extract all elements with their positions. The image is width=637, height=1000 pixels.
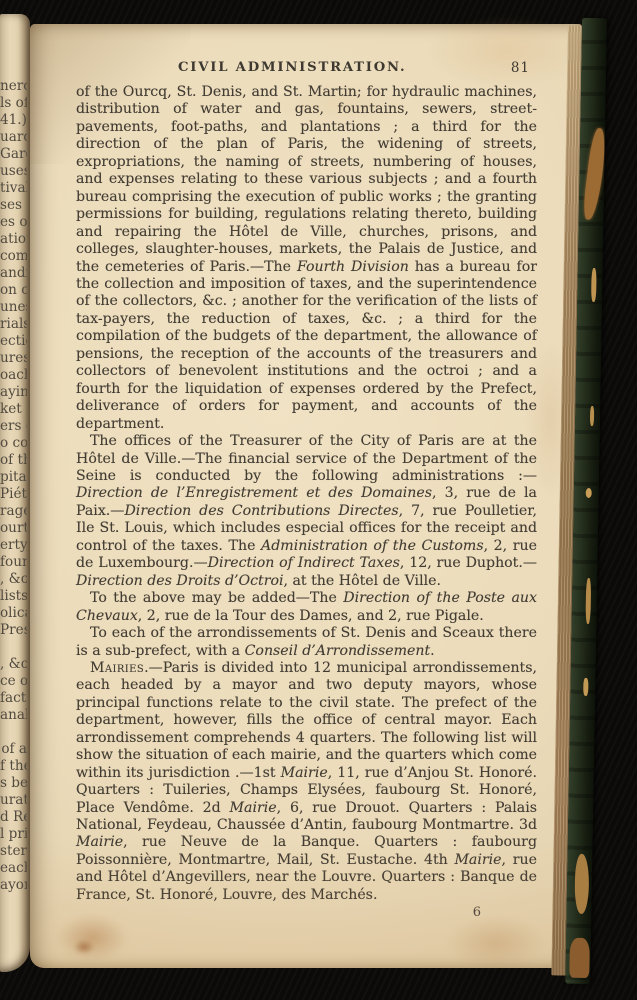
paragraph: To the above may be added—The Direction … bbox=[76, 590, 537, 625]
facing-page-line: com- bbox=[0, 248, 27, 265]
signature-mark: 6 bbox=[76, 905, 537, 920]
text-segment: Administration of the Customs bbox=[261, 538, 484, 554]
text-segment: Conseil d’Arrondissement bbox=[245, 643, 431, 659]
facing-page-line: ls of bbox=[0, 95, 27, 112]
worn-leather-patch bbox=[590, 406, 594, 426]
facing-page-line: rage- bbox=[0, 503, 27, 520]
facing-page-line: uses, bbox=[0, 163, 27, 180]
foxing-stain bbox=[74, 940, 94, 954]
facing-page-line: Garde bbox=[0, 146, 27, 163]
worn-leather-patch bbox=[585, 578, 591, 624]
text-segment: , 2, rue de la Tour des Dames, and 2, ru… bbox=[138, 608, 484, 624]
foxing-stain bbox=[448, 916, 544, 970]
text-segment: Mairie bbox=[76, 834, 123, 850]
book-photograph: nercels of41.);uard,Gardeuses,tivalsses … bbox=[0, 0, 637, 1000]
facing-page-line: sters. bbox=[0, 843, 27, 860]
facing-page-line: , &c. bbox=[0, 571, 27, 588]
worn-leather-patch bbox=[569, 938, 590, 978]
facing-page-line: o col- bbox=[0, 435, 27, 452]
paragraph: To each of the arrondissements of St. De… bbox=[76, 625, 537, 660]
text-segment: , 12, rue Duphot.— bbox=[400, 555, 537, 571]
worn-leather-patch bbox=[591, 268, 597, 302]
facing-page-line: of a bbox=[0, 741, 27, 758]
facing-page-line: Piété, bbox=[0, 486, 27, 503]
facing-page-line bbox=[0, 724, 27, 741]
page-text: of the Ourcq, St. Denis, and St. Martin;… bbox=[76, 84, 537, 904]
facing-page-line: Presi- bbox=[0, 622, 27, 639]
text-segment: , at the Hôtel de Ville. bbox=[284, 573, 441, 589]
facing-page-line: , &c. bbox=[0, 656, 27, 673]
facing-page-line: ures, bbox=[0, 350, 27, 367]
facing-page-line: unes, bbox=[0, 299, 27, 316]
facing-page-line: urate bbox=[0, 792, 27, 809]
text-segment: The offices of the Treasurer of the City… bbox=[76, 433, 537, 484]
text-segment: Mairies bbox=[90, 660, 144, 676]
facing-page-line: of the bbox=[0, 452, 27, 469]
running-title: CIVIL ADMINISTRATION. bbox=[178, 60, 406, 75]
facing-page-line: ce of bbox=[0, 673, 27, 690]
facing-page-text: nercels of41.);uard,Gardeuses,tivalsses … bbox=[0, 14, 30, 894]
facing-page-line: es of bbox=[0, 214, 27, 231]
text-segment: To the above may be added—The bbox=[90, 590, 343, 606]
facing-page-line: f the bbox=[0, 758, 27, 775]
facing-page-line: olica- bbox=[0, 605, 27, 622]
facing-page-line: ourth bbox=[0, 520, 27, 537]
text-segment: . bbox=[430, 643, 435, 659]
facing-page-line: anals bbox=[0, 707, 27, 724]
facing-page-line: facto- bbox=[0, 690, 27, 707]
facing-page-line: ket of bbox=[0, 401, 27, 418]
facing-page-line: uard, bbox=[0, 129, 27, 146]
facing-page-line: lists, bbox=[0, 588, 27, 605]
facing-page-line: pitals bbox=[0, 469, 27, 486]
worn-leather-patch bbox=[583, 678, 588, 696]
text-segment: Mairie bbox=[454, 852, 501, 868]
text-segment: Mairie bbox=[230, 800, 277, 816]
facing-page-line: ses a bbox=[0, 197, 27, 214]
page-number: 81 bbox=[511, 60, 530, 76]
facing-page-line: each bbox=[0, 860, 27, 877]
worn-leather-patch bbox=[586, 488, 592, 498]
text-segment: Direction of Indirect Taxes bbox=[208, 555, 400, 571]
facing-page-line: ation bbox=[0, 231, 27, 248]
text-segment: Direction des Droits d’Octroi bbox=[76, 573, 284, 589]
text-segment: .—Paris is divided into 12 municipal arr… bbox=[76, 660, 537, 781]
facing-page-line: rials bbox=[0, 316, 27, 333]
paragraph: The offices of the Treasurer of the City… bbox=[76, 433, 537, 590]
facing-page-line: on of bbox=[0, 282, 27, 299]
facing-page-line: aying bbox=[0, 384, 27, 401]
facing-page-line: ers of bbox=[0, 418, 27, 435]
text-segment: has a bureau for the collection and impo… bbox=[76, 259, 537, 432]
text-segment: of the Ourcq, St. Denis, and St. Martin;… bbox=[76, 84, 537, 275]
worn-leather-patch bbox=[574, 854, 589, 914]
facing-page-line: d Re- bbox=[0, 809, 27, 826]
book-page: CIVIL ADMINISTRATION. 81 of the Ourcq, S… bbox=[30, 24, 582, 968]
facing-page-line: s be- bbox=[0, 775, 27, 792]
facing-page-line: oach- bbox=[0, 367, 27, 384]
facing-page-line: erty, bbox=[0, 537, 27, 554]
paragraph: Mairies.—Paris is divided into 12 munici… bbox=[76, 660, 537, 904]
paragraph: of the Ourcq, St. Denis, and St. Martin;… bbox=[76, 84, 537, 433]
text-segment: Fourth Division bbox=[297, 259, 409, 275]
facing-page-line: ayor. bbox=[0, 877, 27, 894]
text-segment: Direction de l’Enregistrement et des Dom… bbox=[76, 485, 432, 501]
text-segment: Direction des Contributions Directes bbox=[124, 503, 398, 519]
worn-leather-patch bbox=[582, 127, 607, 220]
facing-page-line: ection bbox=[0, 333, 27, 350]
text-column: of the Ourcq, St. Denis, and St. Martin;… bbox=[76, 84, 537, 920]
facing-page-line: 41.); bbox=[0, 112, 27, 129]
facing-page-sliver: nercels of41.);uard,Gardeuses,tivalsses … bbox=[0, 14, 30, 972]
facing-page-line: tivals bbox=[0, 180, 27, 197]
page-header: CIVIL ADMINISTRATION. 81 bbox=[76, 60, 536, 78]
facing-page-line bbox=[0, 639, 27, 656]
text-segment: Mairie bbox=[281, 765, 328, 781]
facing-page-line: nerce bbox=[0, 78, 27, 95]
facing-page-line: andi- bbox=[0, 265, 27, 282]
facing-page-line: found bbox=[0, 554, 27, 571]
foxing-stain bbox=[56, 914, 128, 962]
facing-page-line: l pri- bbox=[0, 826, 27, 843]
